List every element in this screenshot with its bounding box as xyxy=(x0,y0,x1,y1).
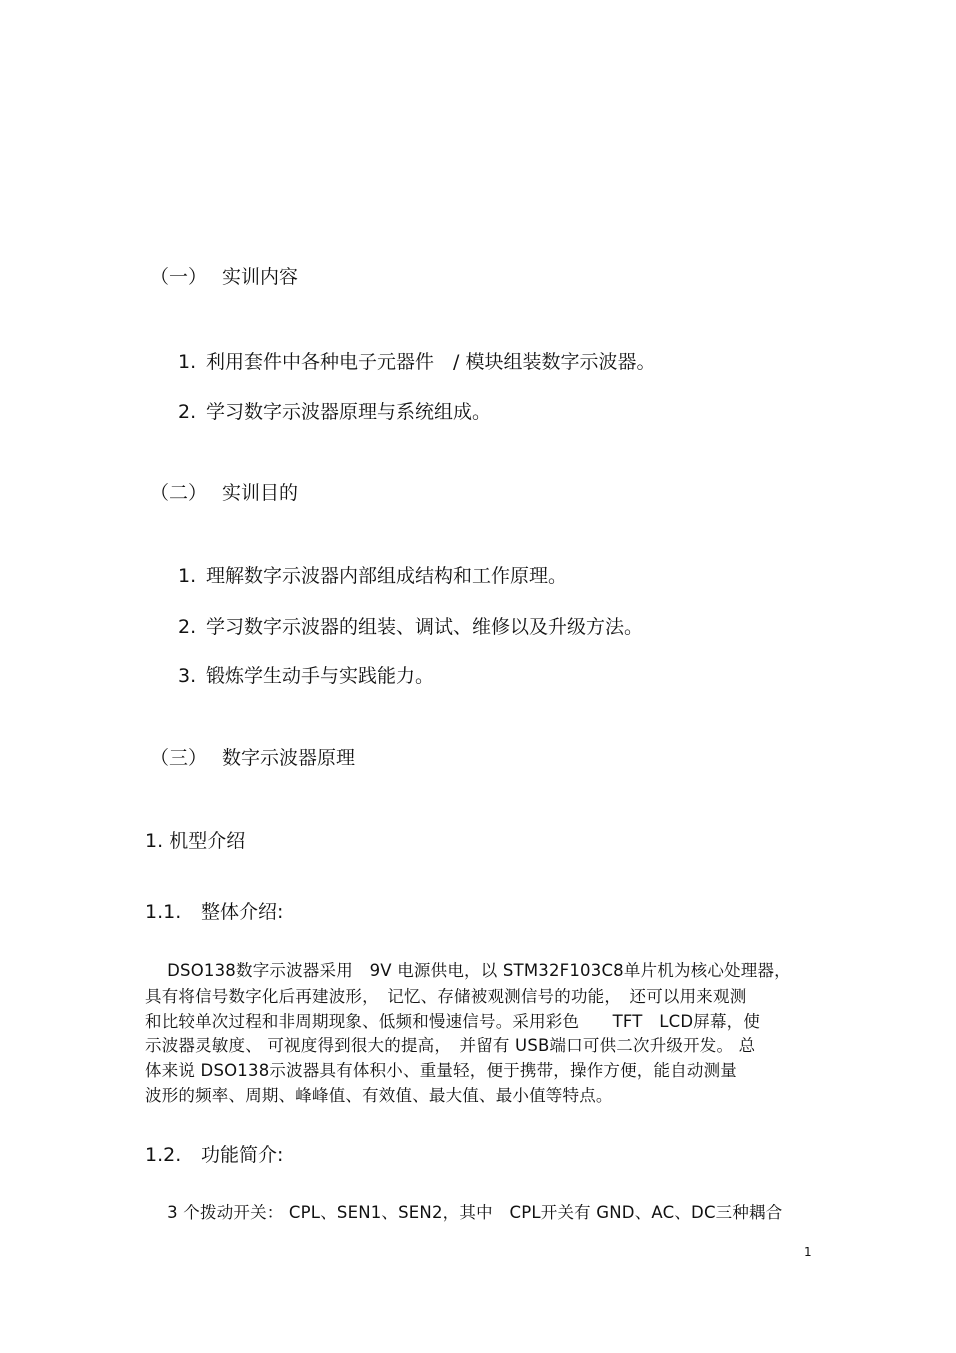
section-number: （一） xyxy=(150,262,222,289)
section-heading-1: （一）实训内容 xyxy=(150,262,298,289)
section-title: 实训内容 xyxy=(222,266,298,288)
subsection-title: 整体介绍: xyxy=(201,901,283,923)
section-title: 数字示波器原理 xyxy=(222,747,355,769)
paragraph-line: 3 个拨动开关： CPL、SEN1、SEN2，其中 CPL开关有 GND、AC、… xyxy=(145,1199,782,1223)
subsection-number: 1.1. xyxy=(145,901,201,923)
page-number: 1 xyxy=(804,1245,812,1259)
list-item-number: 2. xyxy=(178,401,206,423)
paragraph-line: 波形的频率、周期、峰峰值、有效值、最大值、最小值等特点。 xyxy=(145,1082,613,1106)
list-item-text: 理解数字示波器内部组成结构和工作原理。 xyxy=(206,565,567,587)
subsection-number: 1.2. xyxy=(145,1144,201,1166)
section-heading-3: （三）数字示波器原理 xyxy=(150,743,355,770)
paragraph-line: 示波器灵敏度、 可视度得到很大的提高， 并留有 USB端口可供二次升级开发。 总 xyxy=(145,1032,755,1056)
subsection-heading-overall: 1.1.整体介绍: xyxy=(145,897,283,924)
paragraph-line: 具有将信号数字化后再建波形， 记忆、存储被观测信号的功能， 还可以用来观测 xyxy=(145,983,746,1007)
subsection-number: 1. xyxy=(145,830,163,852)
paragraph-line: 和比较单次过程和非周期现象、低频和慢速信号。采用彩色 TFT LCD屏幕，使 xyxy=(145,1008,760,1032)
section-number: （二） xyxy=(150,478,222,505)
list-item-number: 3. xyxy=(178,665,206,687)
subsection-heading-function: 1.2.功能简介: xyxy=(145,1140,283,1167)
paragraph-line: 体来说 DSO138示波器具有体积小、重量轻，便于携带，操作方便，能自动测量 xyxy=(145,1057,737,1081)
list-item-number: 1. xyxy=(178,565,206,587)
list-item: 2.学习数字示波器的组装、调试、维修以及升级方法。 xyxy=(178,612,643,639)
subsection-heading-model: 1. 机型介绍 xyxy=(145,826,245,853)
list-item: 2.学习数字示波器原理与系统组成。 xyxy=(178,397,491,424)
list-item-number: 2. xyxy=(178,616,206,638)
section-heading-2: （二）实训目的 xyxy=(150,478,298,505)
subsection-title: 功能简介: xyxy=(201,1144,283,1166)
list-item-number: 1. xyxy=(178,351,206,373)
list-item: 1.理解数字示波器内部组成结构和工作原理。 xyxy=(178,561,567,588)
list-item-text: 学习数字示波器原理与系统组成。 xyxy=(206,401,491,423)
paragraph-line: DSO138数字示波器采用 9V 电源供电，以 STM32F103C8单片机为核… xyxy=(145,957,791,981)
list-item-text: 学习数字示波器的组装、调试、维修以及升级方法。 xyxy=(206,616,643,638)
section-title: 实训目的 xyxy=(222,482,298,504)
list-item: 3.锻炼学生动手与实践能力。 xyxy=(178,661,434,688)
subsection-title: 机型介绍 xyxy=(169,830,245,852)
section-number: （三） xyxy=(150,743,222,770)
list-item-text: 利用套件中各种电子元器件 / 模块组装数字示波器。 xyxy=(206,351,655,373)
list-item: 1.利用套件中各种电子元器件 / 模块组装数字示波器。 xyxy=(178,347,655,374)
list-item-text: 锻炼学生动手与实践能力。 xyxy=(206,665,434,687)
